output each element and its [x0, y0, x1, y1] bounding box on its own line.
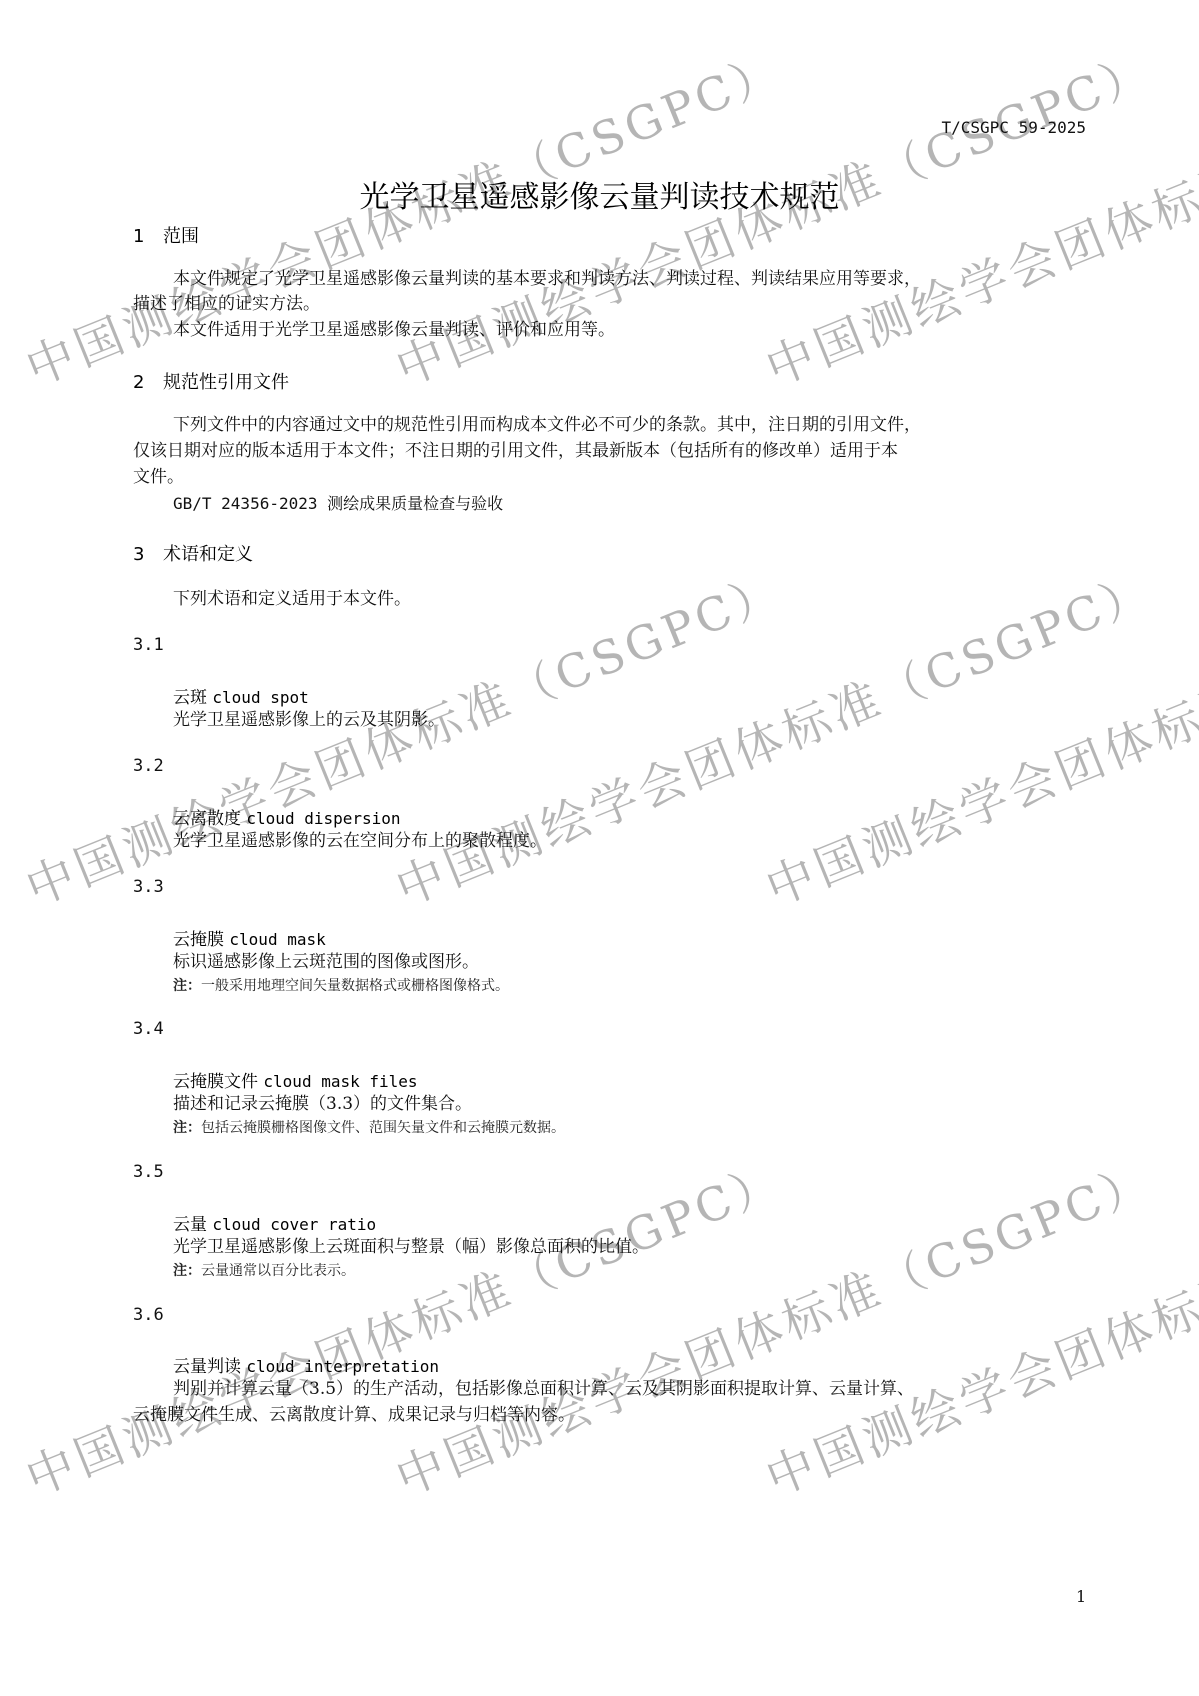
- watermark: 中国测绘学会团体标准（CSGPC）: [384, 552, 1161, 919]
- term-number: 3.4: [133, 1019, 164, 1039]
- standard-code: T/CSGPC 59-2025: [942, 118, 1087, 137]
- term-title: 云量 cloud cover ratio: [173, 1210, 376, 1235]
- paragraph: 描述了相应的证实方法。: [133, 292, 320, 316]
- term-definition: 判别并计算云量（3.5）的生产活动，包括影像总面积计算、云及其阴影面积提取计算、…: [173, 1377, 914, 1401]
- watermark: 中国测绘学会团体标准（CSGPC）: [754, 552, 1199, 919]
- term-number: 3.1: [133, 635, 164, 655]
- term-definition: 光学卫星遥感影像上的云及其阴影。: [173, 708, 445, 732]
- term-title: 云量判读 cloud interpretation: [173, 1352, 439, 1377]
- term-note: 注：包括云掩膜栅格图像文件、范围矢量文件和云掩膜元数据。: [173, 1117, 565, 1137]
- term-definition: 标识遥感影像上云斑范围的图像或图形。: [173, 950, 479, 974]
- paragraph: 本文件适用于光学卫星遥感影像云量判读、评价和应用等。: [173, 318, 615, 342]
- section-heading-scope: 1范围: [133, 222, 199, 248]
- watermark: 中国测绘学会团体标准（CSGPC）: [14, 1142, 791, 1509]
- section-heading-terms: 3术语和定义: [133, 540, 253, 566]
- term-note: 注：云量通常以百分比表示。: [173, 1260, 355, 1280]
- section-heading-normative-references: 2规范性引用文件: [133, 368, 289, 394]
- document-title: 光学卫星遥感影像云量判读技术规范: [0, 172, 1199, 216]
- term-definition: 描述和记录云掩膜（3.3）的文件集合。: [173, 1092, 472, 1116]
- paragraph: 本文件规定了光学卫星遥感影像云量判读的基本要求和判读方法、判读过程、判读结果应用…: [173, 267, 921, 291]
- reference-item: GB/T 24356-2023 测绘成果质量检查与验收: [173, 491, 503, 514]
- page-number: 1: [1076, 1587, 1086, 1606]
- term-title: 云掩膜 cloud mask: [173, 925, 326, 950]
- term-title: 云离散度 cloud dispersion: [173, 804, 401, 829]
- watermark: 中国测绘学会团体标准（CSGPC）: [384, 1142, 1161, 1509]
- term-title: 云斑 cloud spot: [173, 683, 309, 708]
- paragraph: 下列文件中的内容通过文中的规范性引用而构成本文件必不可少的条款。其中，注日期的引…: [173, 413, 921, 437]
- term-definition: 光学卫星遥感影像的云在空间分布上的聚散程度。: [173, 829, 547, 853]
- paragraph: 下列术语和定义适用于本文件。: [173, 587, 411, 611]
- term-number: 3.2: [133, 756, 164, 776]
- paragraph: 仅该日期对应的版本适用于本文件；不注日期的引用文件，其最新版本（包括所有的修改单…: [133, 439, 898, 463]
- watermark: 中国测绘学会团体标准（CSGPC）: [754, 1142, 1199, 1509]
- term-number: 3.6: [133, 1305, 164, 1325]
- term-definition: 云掩膜文件生成、云离散度计算、成果记录与归档等内容。: [133, 1403, 575, 1427]
- term-title: 云掩膜文件 cloud mask files: [173, 1067, 418, 1092]
- paragraph: 文件。: [133, 465, 184, 489]
- term-number: 3.5: [133, 1162, 164, 1182]
- term-note: 注：一般采用地理空间矢量数据格式或栅格图像格式。: [173, 975, 509, 995]
- term-number: 3.3: [133, 877, 164, 897]
- document-page: 中国测绘学会团体标准（CSGPC） 中国测绘学会团体标准（CSGPC） 中国测绘…: [0, 0, 1199, 1696]
- term-definition: 光学卫星遥感影像上云斑面积与整景（幅）影像总面积的比值。: [173, 1235, 649, 1259]
